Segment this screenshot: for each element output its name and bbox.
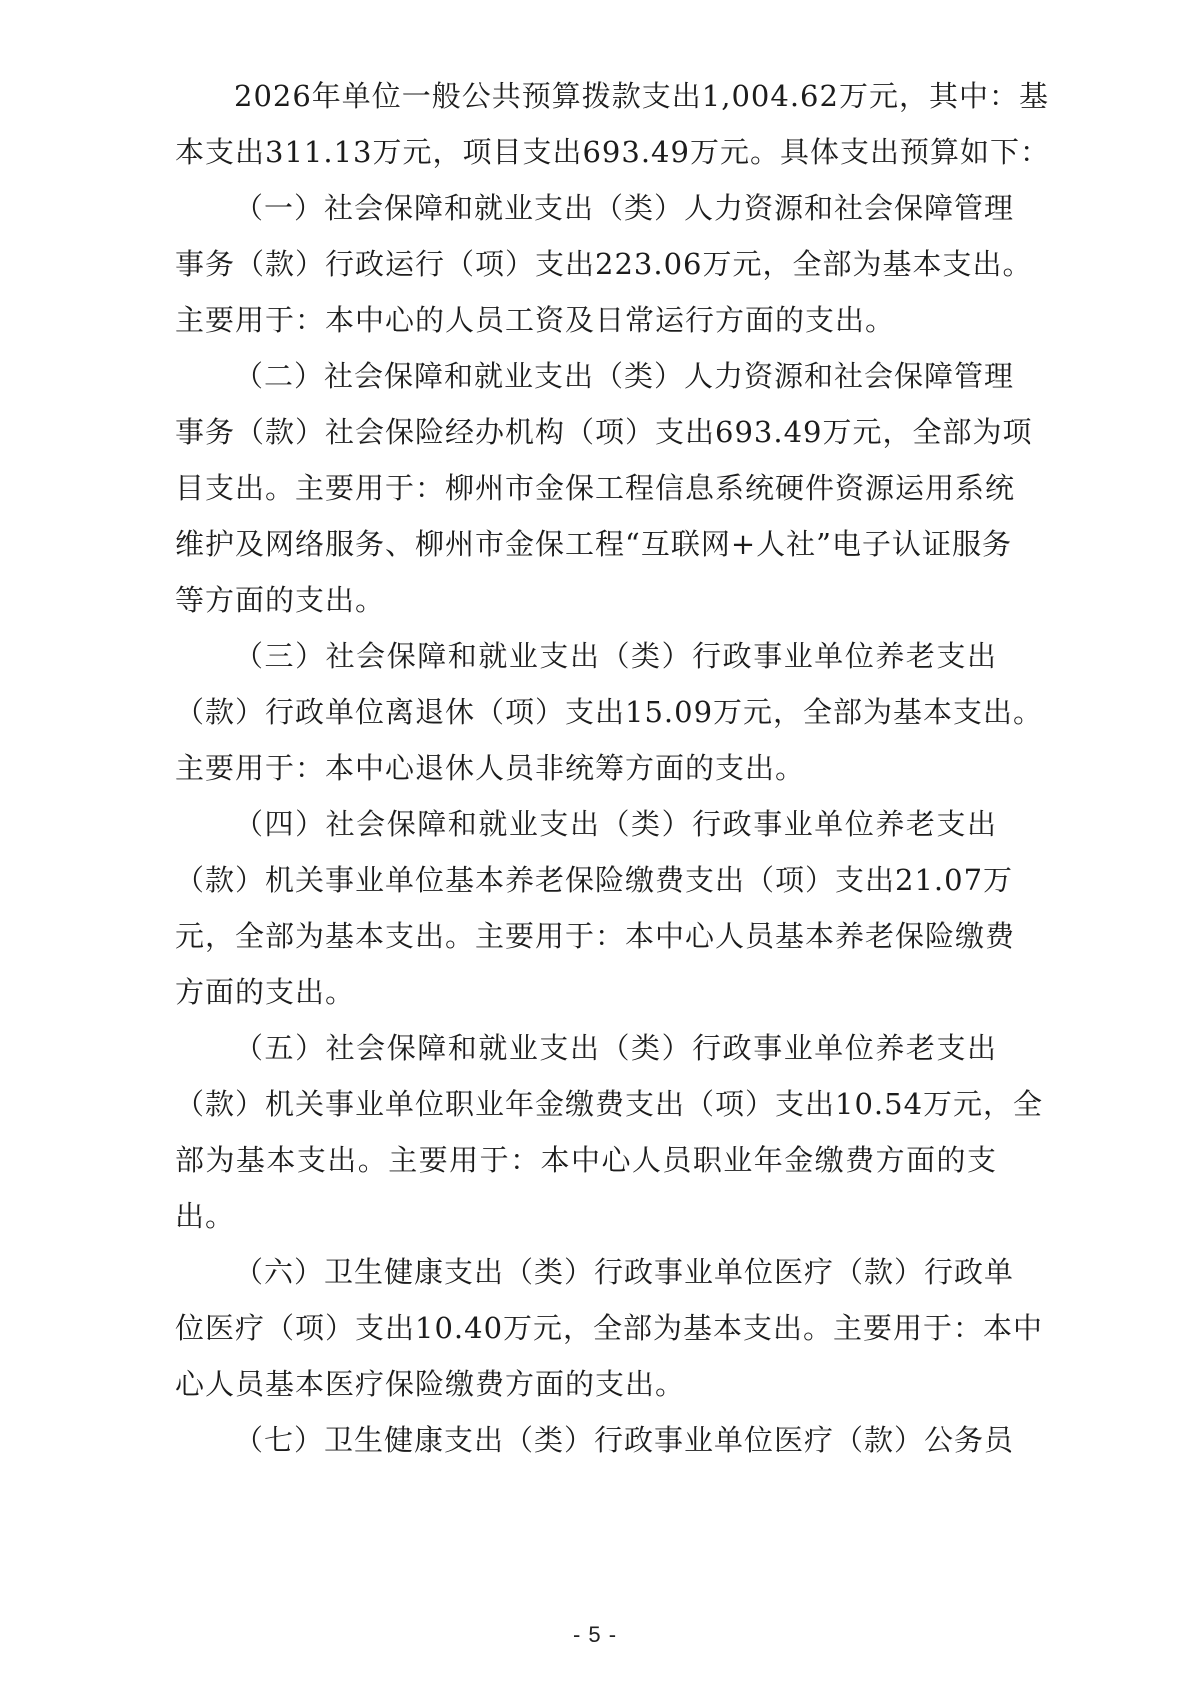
- paragraph-item-4-line-3: 元，全部为基本支出。主要用于：本中心人员基本养老保险缴费: [175, 908, 997, 964]
- paragraph-item-4-line-4: 方面的支出。: [175, 964, 997, 1020]
- paragraph-item-2-line-2: 事务（款）社会保险经办机构（项）支出693.49万元，全部为项: [175, 404, 997, 460]
- paragraph-item-3-line-1: （三）社会保障和就业支出（类）行政事业单位养老支出: [234, 628, 997, 684]
- paragraph-item-6-line-1: （六）卫生健康支出（类）行政事业单位医疗（款）行政单: [234, 1244, 997, 1300]
- paragraph-item-5-line-2: （款）机关事业单位职业年金缴费支出（项）支出10.54万元，全: [175, 1076, 997, 1132]
- paragraph-item-3-line-3: 主要用于：本中心退休人员非统筹方面的支出。: [175, 740, 997, 796]
- document-page: 2026年单位一般公共预算拨款支出1,004.62万元，其中：基 本支出311.…: [0, 0, 1190, 1683]
- paragraph-item-6-line-3: 心人员基本医疗保险缴费方面的支出。: [175, 1356, 997, 1412]
- paragraph-item-4-line-2: （款）机关事业单位基本养老保险缴费支出（项）支出21.07万: [175, 852, 997, 908]
- paragraph-item-7-line-1: （七）卫生健康支出（类）行政事业单位医疗（款）公务员: [234, 1412, 997, 1468]
- page-number: - 5 -: [0, 1622, 1190, 1648]
- paragraph-item-4-line-1: （四）社会保障和就业支出（类）行政事业单位养老支出: [234, 796, 997, 852]
- paragraph-item-5-line-1: （五）社会保障和就业支出（类）行政事业单位养老支出: [234, 1020, 997, 1076]
- paragraph-item-5-line-4: 出。: [175, 1188, 997, 1244]
- paragraph-item-1-line-1: （一）社会保障和就业支出（类）人力资源和社会保障管理: [234, 180, 997, 236]
- paragraph-item-2-line-5: 等方面的支出。: [175, 572, 997, 628]
- paragraph-item-5-line-3: 部为基本支出。主要用于：本中心人员职业年金缴费方面的支: [175, 1132, 997, 1188]
- paragraph-intro-line-1: 2026年单位一般公共预算拨款支出1,004.62万元，其中：基: [234, 68, 997, 124]
- paragraph-item-2-line-3: 目支出。主要用于：柳州市金保工程信息系统硬件资源运用系统: [175, 460, 997, 516]
- paragraph-item-2-line-4: 维护及网络服务、柳州市金保工程“互联网+人社”电子认证服务: [175, 516, 997, 572]
- paragraph-intro-line-2: 本支出311.13万元，项目支出693.49万元。具体支出预算如下：: [175, 124, 997, 180]
- paragraph-item-1-line-3: 主要用于：本中心的人员工资及日常运行方面的支出。: [175, 292, 997, 348]
- paragraph-item-2-line-1: （二）社会保障和就业支出（类）人力资源和社会保障管理: [234, 348, 997, 404]
- paragraph-item-3-line-2: （款）行政单位离退休（项）支出15.09万元，全部为基本支出。: [175, 684, 997, 740]
- paragraph-item-1-line-2: 事务（款）行政运行（项）支出223.06万元，全部为基本支出。: [175, 236, 997, 292]
- paragraph-item-6-line-2: 位医疗（项）支出10.40万元，全部为基本支出。主要用于：本中: [175, 1300, 997, 1356]
